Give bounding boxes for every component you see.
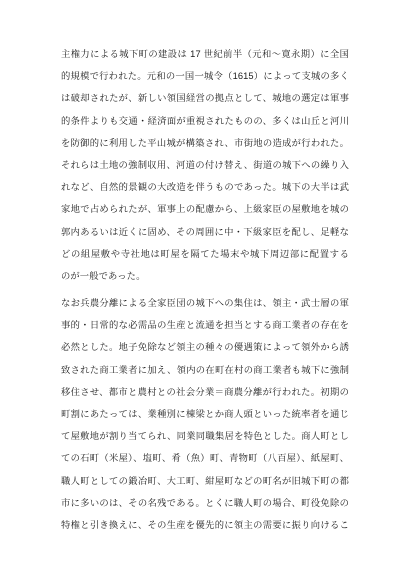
text-line: それらは土地の強制収用、河道の付け替え、街道の城下への繰り入 bbox=[61, 154, 349, 176]
text-line: 必然とした。地子免除など領主の種々の優遇策によって領外から誘 bbox=[61, 336, 349, 358]
text-line: 的条件よりも交通・経済面が重視されたものの、多くは山丘と河川 bbox=[61, 110, 349, 132]
text-line: 郭内あるいは近くに固め、その周囲に中・下級家臣を配し、足軽な bbox=[61, 221, 349, 243]
text-line: 職人町としての鍛冶町、大工町、紺屋町などの町名が旧城下町の都 bbox=[61, 470, 349, 492]
paragraph-merchant-artisan-towns: なお兵農分離による全家臣団の城下への集住は、領主・武士層の軍 事的・日常的な必需… bbox=[61, 292, 349, 536]
text-line: 町割にあたっては、業種別に棟梁とか商人頭といった統率者を通じ bbox=[61, 403, 349, 425]
paragraph-castle-town-construction: 主権力による城下町の建設は 17 世紀前半（元和～寛永期）に全国 的規模で行われ… bbox=[61, 43, 349, 287]
text-line: は破却されたが、新しい領国経営の拠点として、城地の選定は軍事 bbox=[61, 87, 349, 109]
text-line: なお兵農分離による全家臣団の城下への集住は、領主・武士層の軍 bbox=[61, 292, 349, 314]
text-line: 家地で占められたが、軍事上の配慮から、上級家臣の屋敷地を城の bbox=[61, 198, 349, 220]
text-block: 主権力による城下町の建設は 17 世紀前半（元和～寛永期）に全国 的規模で行われ… bbox=[61, 43, 349, 536]
text-line: どの組屋敷や寺社地は町屋を隔てた場末や城下周辺部に配置する bbox=[61, 243, 349, 265]
text-line: のが一般であった。 bbox=[61, 265, 349, 287]
text-line: 的規模で行われた。元和の一国一城令（1615）によって支城の多く bbox=[61, 65, 349, 87]
text-line: ての石町（米屋）、塩町、肴（魚）町、青物町（八百屋）、紙屋町、 bbox=[61, 447, 349, 469]
text-line: れなど、自然的景観の大改造を伴うものであった。城下の大半は武 bbox=[61, 176, 349, 198]
document-page: 主権力による城下町の建設は 17 世紀前半（元和～寛永期）に全国 的規模で行われ… bbox=[0, 0, 410, 580]
text-line: 致された商工業者に加え、領内の在町在村の商工業者も城下に強制 bbox=[61, 359, 349, 381]
text-line: 事的・日常的な必需品の生産と流通を担当とする商工業者の存在を bbox=[61, 314, 349, 336]
text-line: て屋敷地が割り当てられ、同業同職集居を特色とした。商人町とし bbox=[61, 425, 349, 447]
text-line: 移住させ、都市と農村との社会分業＝商農分離が行われた。初期の bbox=[61, 381, 349, 403]
text-line: 主権力による城下町の建設は 17 世紀前半（元和～寛永期）に全国 bbox=[61, 43, 349, 65]
text-line: 特権と引き換えに、その生産を優先的に領主の需要に振り向けるこ bbox=[61, 514, 349, 536]
text-line: を防御的に利用した平山城が構築され、市街地の造成が行われた。 bbox=[61, 132, 349, 154]
text-line: 市に多いのは、その名残である。とくに職人町の場合、町役免除の bbox=[61, 492, 349, 514]
